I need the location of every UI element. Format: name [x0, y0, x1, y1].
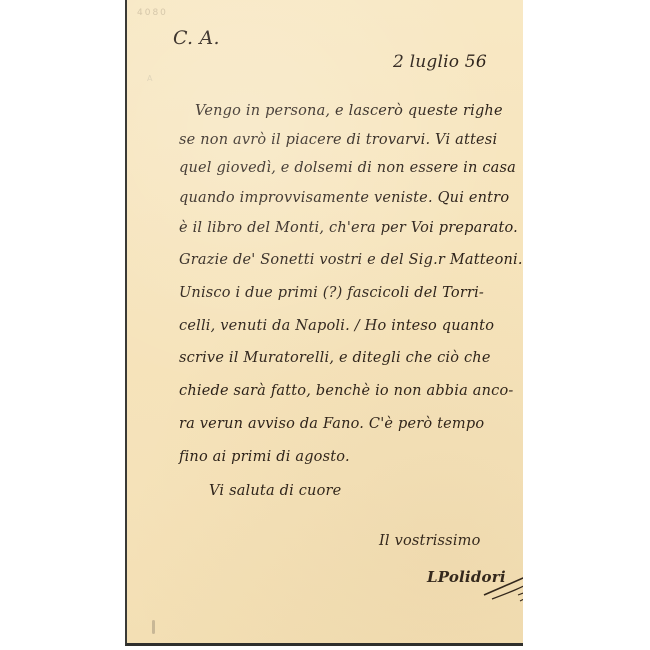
body-line: ra verun avviso da Fano. C'è però tempo: [179, 416, 484, 432]
letter-date: 2 luglio 56: [393, 52, 487, 72]
addressee-initials: C. A.: [173, 27, 220, 49]
signature-flourish-icon: [482, 565, 523, 605]
body-line: chiede sarà fatto, benchè io non abbia a…: [179, 383, 514, 399]
archive-mark: A: [147, 74, 152, 83]
body-line: quando improvvisamente veniste. Qui entr…: [179, 190, 509, 206]
body-line: Unisco i due primi (?) fascicoli del Tor…: [179, 285, 484, 301]
valediction: Il vostrissimo: [379, 533, 481, 549]
body-line: Grazie de' Sonetti vostri e del Sig.r Ma…: [179, 252, 523, 268]
archive-number: 4080: [137, 8, 168, 18]
body-line: è il libro del Monti, ch'era per Voi pre…: [179, 220, 518, 236]
letter-sheet: 4080 A C. A. 2 luglio 56 Vengo in person…: [125, 0, 523, 646]
body-line: celli, venuti da Napoli. / Ho inteso qua…: [179, 318, 494, 334]
closing-greeting: Vi saluta di cuore: [209, 483, 341, 499]
document-viewer-canvas: 4080 A C. A. 2 luglio 56 Vengo in person…: [0, 0, 650, 650]
body-line: Vengo in persona, e lascerò queste righe: [195, 103, 503, 119]
body-line: scrive il Muratorelli, e ditegli che ciò…: [179, 350, 491, 366]
body-line: fino ai primi di agosto.: [179, 449, 350, 465]
body-line: quel giovedì, e dolsemi di non essere in…: [179, 160, 516, 176]
paper-stain: [152, 620, 155, 634]
body-line: se non avrò il piacere di trovarvi. Vi a…: [179, 132, 497, 148]
